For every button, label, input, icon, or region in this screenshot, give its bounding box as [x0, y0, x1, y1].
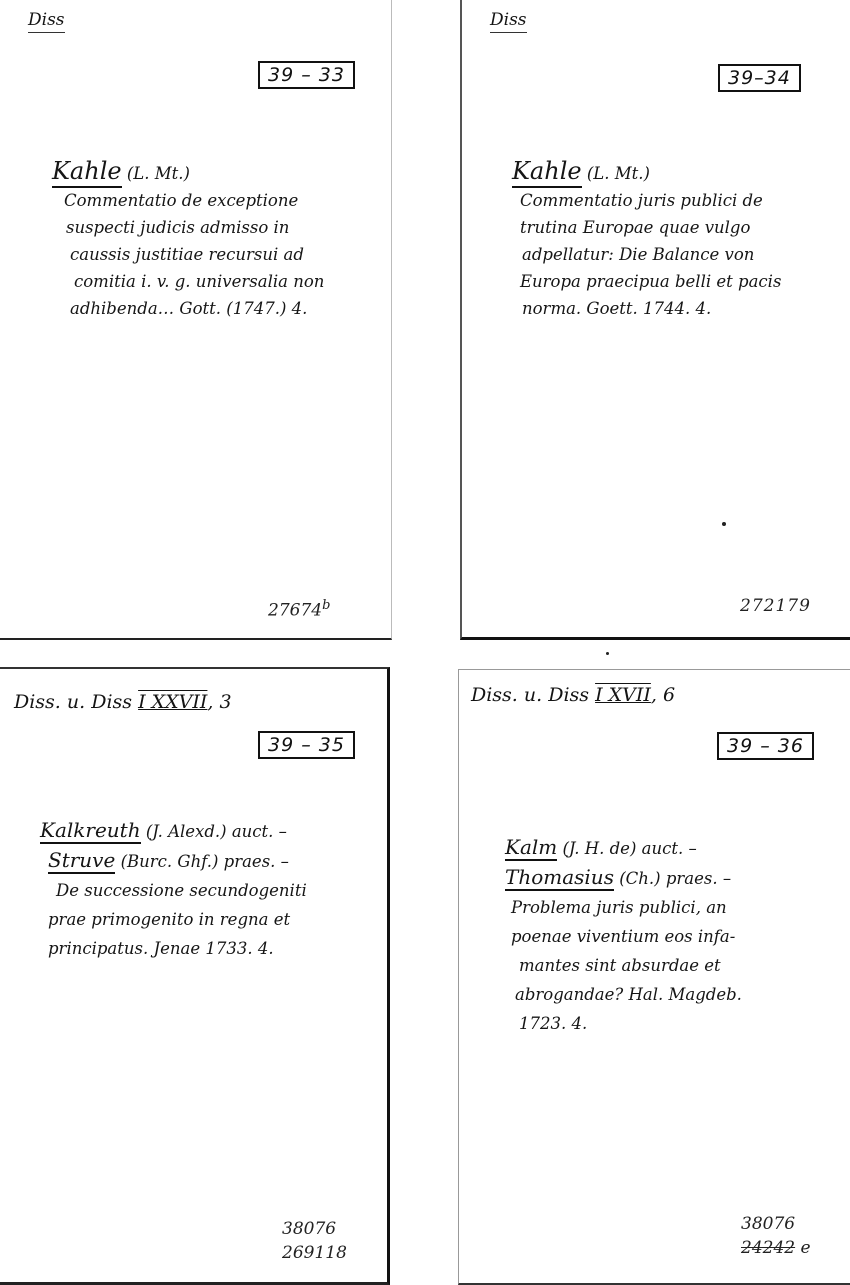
- heading-line-2: Thomasius (Ch.) praes. –: [505, 863, 742, 893]
- accession-number-struck: 24242: [741, 1238, 795, 1258]
- heading-line: Kalm (J. H. de) auct. –: [505, 833, 742, 863]
- series-label: Diss: [490, 10, 527, 33]
- title-line: De successione secundogeniti: [40, 876, 307, 905]
- author-name: Kahle: [52, 157, 122, 188]
- series-number: , 6: [651, 684, 675, 706]
- imprint-line: principatus. Jenae 1733. 4.: [40, 934, 307, 963]
- series-number: , 3: [207, 691, 231, 713]
- catalogue-entry: Kahle (L. Mt.) Commentatio de exceptione…: [52, 158, 324, 322]
- author-name: Kahle: [512, 157, 582, 188]
- series-line: Diss. u. Diss I XXVII, 3: [14, 691, 232, 713]
- author-initials: (L. Mt.): [127, 164, 190, 183]
- author-name: Kalm: [505, 835, 557, 861]
- title-line: caussis justitiae recursui ad: [52, 241, 324, 268]
- accession-numbers: 38076 269118: [282, 1217, 347, 1265]
- title-line: trutina Europae quae vulgo: [512, 214, 781, 241]
- author-name: Kalkreuth: [40, 818, 141, 844]
- catalogue-entry: Kahle (L. Mt.) Commentatio juris publici…: [512, 158, 781, 322]
- praeses-initials: (Ch.) praes. –: [619, 869, 731, 888]
- heading-line: Kahle (L. Mt.): [512, 158, 781, 187]
- shelfmark: 39 – 35: [258, 731, 355, 759]
- catalogue-entry: Kalkreuth (J. Alexd.) auct. – Struve (Bu…: [40, 816, 307, 963]
- shelfmark: 39 – 36: [717, 732, 814, 760]
- shelfmark: 39–34: [718, 64, 801, 92]
- scan-speck: [606, 652, 609, 655]
- title-line: poenae viventium eos infa-: [505, 922, 742, 951]
- author-initials: (J. Alexd.) auct. –: [146, 822, 287, 841]
- title-line: abrogandae? Hal. Magdeb.: [505, 980, 742, 1009]
- title-line: Commentatio de exceptione: [52, 187, 324, 214]
- title-line: adpellatur: Die Balance von: [512, 241, 781, 268]
- catalogue-entry: Kalm (J. H. de) auct. – Thomasius (Ch.) …: [505, 833, 742, 1038]
- praeses-initials: (Burc. Ghf.) praes. –: [121, 852, 289, 871]
- catalogue-card-39-34: Diss 39–34 Kahle (L. Mt.) Commentatio ju…: [460, 0, 850, 640]
- accession-number: 269118: [282, 1241, 347, 1265]
- catalogue-card-39-36: Diss. u. Diss I XVII, 6 39 – 36 Kalm (J.…: [458, 669, 850, 1285]
- praeses-name: Struve: [48, 848, 115, 874]
- series-label: Diss. u. Diss: [471, 684, 589, 706]
- shelfmark: 39 – 33: [258, 61, 355, 89]
- imprint-line: 1723. 4.: [505, 1009, 742, 1038]
- heading-line: Kalkreuth (J. Alexd.) auct. –: [40, 816, 307, 846]
- accession-number: 38076: [282, 1217, 347, 1241]
- author-initials: (J. H. de) auct. –: [562, 839, 696, 858]
- series-volume: I XVII: [595, 684, 651, 706]
- title-line: mantes sint absurdae et: [505, 951, 742, 980]
- series-line: Diss. u. Diss I XVII, 6: [471, 684, 675, 706]
- title-line: Problema juris publici, an: [505, 893, 742, 922]
- accession-number: 38076: [741, 1212, 811, 1236]
- accession-number: 272179: [740, 594, 811, 618]
- series-label: Diss: [28, 10, 65, 33]
- catalogue-card-39-35: Diss. u. Diss I XXVII, 3 39 – 35 Kalkreu…: [0, 667, 390, 1285]
- heading-line-2: Struve (Burc. Ghf.) praes. –: [40, 846, 307, 876]
- imprint-line: adhibenda… Gott. (1747.) 4.: [52, 295, 324, 322]
- series-volume: I XXVII: [138, 691, 207, 713]
- catalogue-card-39-33: Diss 39 – 33 Kahle (L. Mt.) Commentatio …: [0, 0, 392, 640]
- imprint-line: norma. Goett. 1744. 4.: [512, 295, 781, 322]
- accession-number-line: 24242 e: [741, 1236, 811, 1260]
- scan-speck: [722, 522, 726, 526]
- accession-numbers: 38076 24242 e: [741, 1212, 811, 1260]
- praeses-name: Thomasius: [505, 865, 614, 891]
- title-line: Europa praecipua belli et pacis: [512, 268, 781, 295]
- accession-number: 27674b: [268, 594, 330, 623]
- title-line: Commentatio juris publici de: [512, 187, 781, 214]
- series-label: Diss. u. Diss: [14, 691, 132, 713]
- heading-line: Kahle (L. Mt.): [52, 158, 324, 187]
- accession-suffix: e: [801, 1238, 811, 1258]
- title-line: suspecti judicis admisso in: [52, 214, 324, 241]
- title-line: comitia i. v. g. universalia non: [52, 268, 324, 295]
- author-initials: (L. Mt.): [587, 164, 650, 183]
- title-line: prae primogenito in regna et: [40, 905, 307, 934]
- accession-suffix: b: [322, 598, 330, 613]
